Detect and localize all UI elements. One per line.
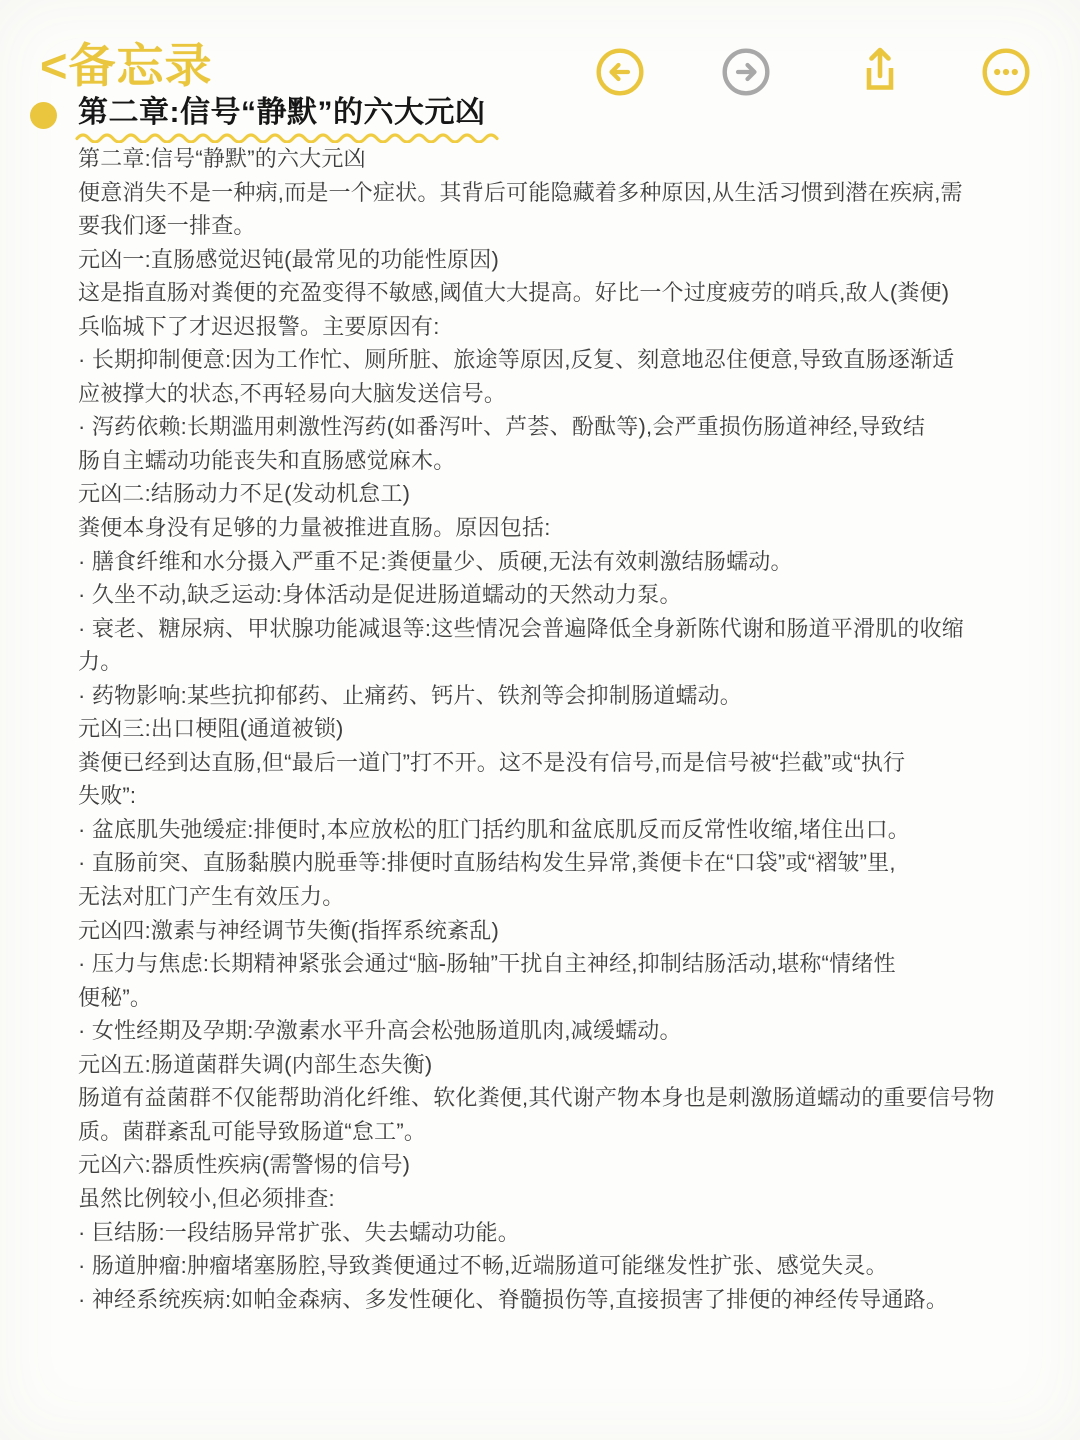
note-text-line: · 泻药依赖:长期滥用刺激性泻药(如番泻叶、芦荟、酚酞等),会严重损伤肠道神经,… <box>78 410 1010 444</box>
note-text-line: 元凶三:出口梗阻(通道被锁) <box>78 712 1010 746</box>
forward-button[interactable] <box>722 48 770 96</box>
note-text-line: · 盆底肌失弛缓症:排便时,本应放松的肛门括约肌和盆底肌反而反常性收缩,堵住出口… <box>78 813 1010 847</box>
note-text-line: 失败”: <box>78 779 1010 813</box>
note-text-line: 第二章:信号“静默”的六大元凶 <box>78 142 1010 176</box>
forward-circle-icon <box>722 48 770 96</box>
back-to-memos-link[interactable]: <备忘录 <box>40 40 212 92</box>
note-text-line: 元凶五:肠道菌群失调(内部生态失衡) <box>78 1048 1010 1082</box>
note-text-line: 虽然比例较小,但必须排查: <box>78 1182 1010 1216</box>
more-button[interactable] <box>982 48 1030 96</box>
note-text-line: 便意消失不是一种病,而是一个症状。其背后可能隐藏着多种原因,从生活习惯到潜在疾病… <box>78 176 1010 210</box>
note-text-line: 粪便本身没有足够的力量被推进直肠。原因包括: <box>78 511 1010 545</box>
more-circle-icon <box>982 48 1030 96</box>
share-icon <box>856 45 904 97</box>
note-text-line: · 压力与焦虑:长期精神紧张会通过“脑-肠轴”干扰自主神经,抑制结肠活动,堪称“… <box>78 947 1010 981</box>
note-text-line: · 直肠前突、直肠黏膜内脱垂等:排便时直肠结构发生异常,粪便卡在“口袋”或“褶皱… <box>78 846 1010 880</box>
note-text-line: · 衰老、糖尿病、甲状腺功能减退等:这些情况会普遍降低全身新陈代谢和肠道平滑肌的… <box>78 612 1010 646</box>
share-button[interactable] <box>856 45 904 97</box>
note-text-line: 便秘”。 <box>78 981 1010 1015</box>
note-text-line: 元凶六:器质性疾病(需警惕的信号) <box>78 1148 1010 1182</box>
note-text-line: 元凶一:直肠感觉迟钝(最常见的功能性原因) <box>78 243 1010 277</box>
note-text-line: 无法对肛门产生有效压力。 <box>78 880 1010 914</box>
note-text-line: 力。 <box>78 645 1010 679</box>
note-text-line: 兵临城下了才迟迟报警。主要原因有: <box>78 310 1010 344</box>
title-wavy-underline-icon <box>74 129 510 143</box>
note-text-line: 肠自主蠕动功能丧失和直肠感觉麻木。 <box>78 444 1010 478</box>
memo-note-page: <备忘录 第二章:信号“静默”的六大元凶 <box>0 0 1080 1440</box>
back-circle-icon <box>596 48 644 96</box>
note-text-line: · 膳食纤维和水分摄入严重不足:粪便量少、质硬,无法有效刺激结肠蠕动。 <box>78 545 1010 579</box>
note-text-line: 质。菌群紊乱可能导致肠道“怠工”。 <box>78 1115 1010 1149</box>
note-text-line: 要我们逐一排查。 <box>78 209 1010 243</box>
note-text-line: 这是指直肠对粪便的充盈变得不敏感,阈值大大提高。好比一个过度疲劳的哨兵,敌人(粪… <box>78 276 1010 310</box>
note-text-line: 元凶二:结肠动力不足(发动机怠工) <box>78 477 1010 511</box>
note-text-line: · 药物影响:某些抗抑郁药、止痛药、钙片、铁剂等会抑制肠道蠕动。 <box>78 679 1010 713</box>
note-text-line: · 神经系统疾病:如帕金森病、多发性硬化、脊髓损伤等,直接损害了排便的神经传导通… <box>78 1283 1010 1317</box>
note-title: 第二章:信号“静默”的六大元凶 <box>78 96 486 130</box>
note-text-line: · 长期抑制便意:因为工作忙、厕所脏、旅途等原因,反复、刻意地忍住便意,导致直肠… <box>78 343 1010 377</box>
bullet-icon <box>30 102 57 129</box>
note-text-line: 肠道有益菌群不仅能帮助消化纤维、软化粪便,其代谢产物本身也是刺激肠道蠕动的重要信… <box>78 1081 1010 1115</box>
note-text-line: 粪便已经到达直肠,但“最后一道门”打不开。这不是没有信号,而是信号被“拦截”或“… <box>78 746 1010 780</box>
note-text-line: 元凶四:激素与神经调节失衡(指挥系统紊乱) <box>78 914 1010 948</box>
back-button[interactable] <box>596 48 644 96</box>
note-text-line: · 久坐不动,缺乏运动:身体活动是促进肠道蠕动的天然动力泵。 <box>78 578 1010 612</box>
note-text-line: · 肠道肿瘤:肿瘤堵塞肠腔,导致粪便通过不畅,近端肠道可能继发性扩张、感觉失灵。 <box>78 1249 1010 1283</box>
note-text-line: · 女性经期及孕期:孕激素水平升高会松弛肠道肌肉,减缓蠕动。 <box>78 1014 1010 1048</box>
note-body[interactable]: 第二章:信号“静默”的六大元凶便意消失不是一种病,而是一个症状。其背后可能隐藏着… <box>78 142 1010 1316</box>
note-text-line: 应被撑大的状态,不再轻易向大脑发送信号。 <box>78 377 1010 411</box>
note-text-line: · 巨结肠:一段结肠异常扩张、失去蠕动功能。 <box>78 1216 1010 1250</box>
